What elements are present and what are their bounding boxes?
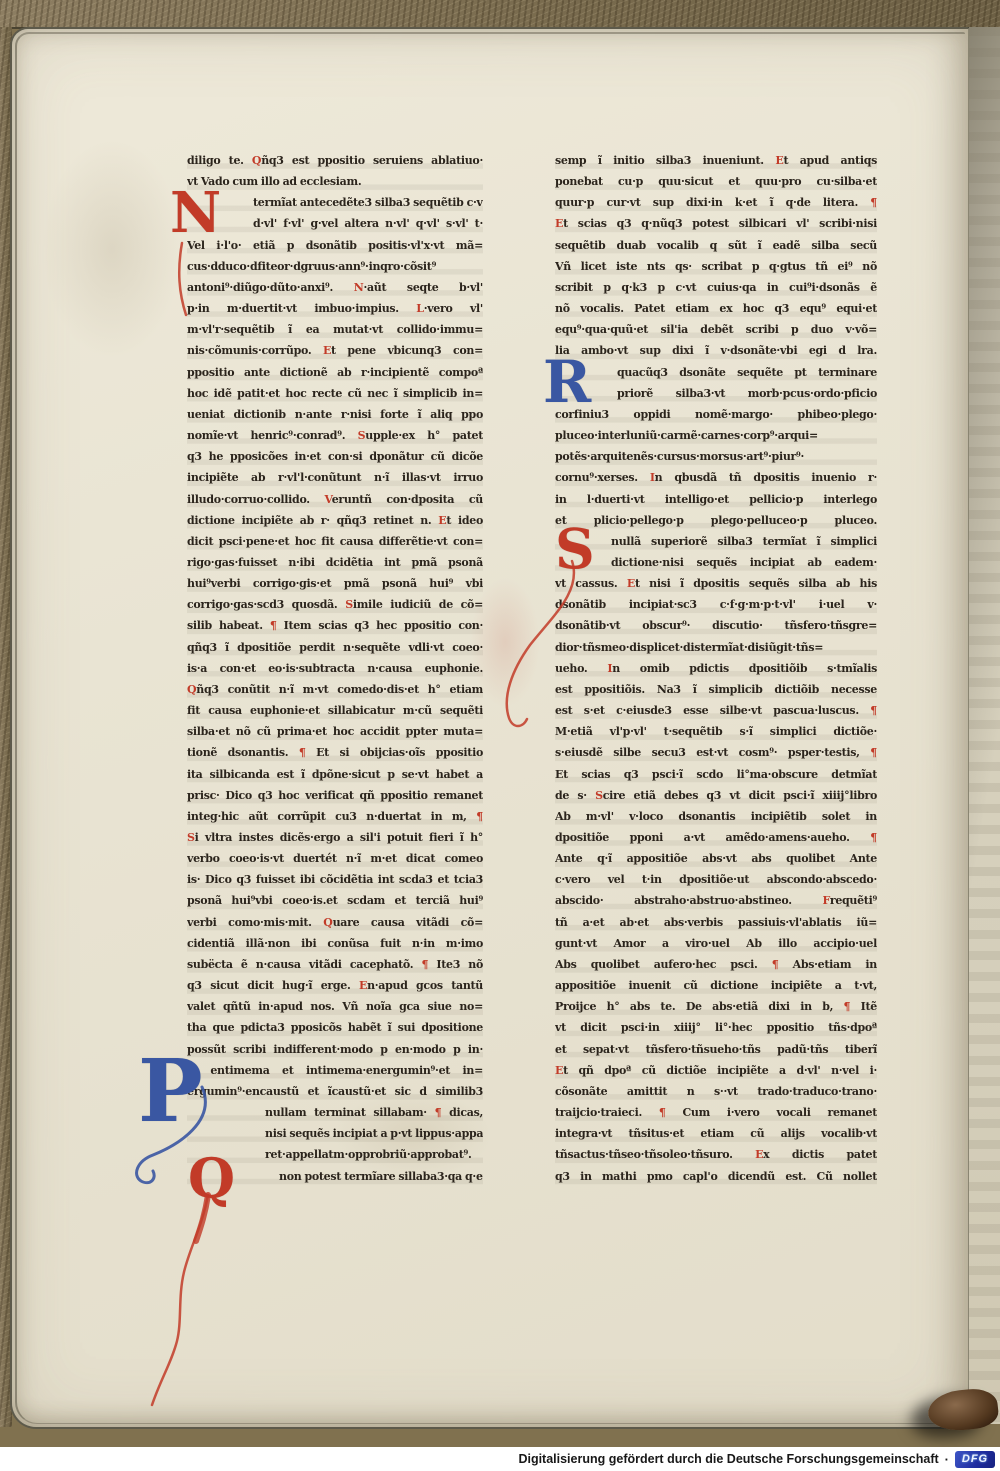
illuminated-initial-n: N bbox=[170, 185, 221, 241]
body-text: tionẽ dsonantis. bbox=[187, 746, 299, 759]
text-line: termĩat antecedẽte3 silba3 sequẽtib c·vl… bbox=[187, 192, 483, 213]
body-text: dictione incipiẽte ab r· qñq3 retinet n. bbox=[187, 514, 438, 527]
body-text: ·aũt seqte b·vl' bbox=[363, 281, 483, 294]
body-text: t qñ dpoª cũ dictiõe incipiẽte a d·vl' n… bbox=[563, 1064, 877, 1077]
body-text: diligo te. bbox=[187, 154, 252, 167]
text-line: corfiniu3 oppidi nomẽ·margo· phibeo·pleg… bbox=[555, 404, 877, 425]
text-line: Et scias q3 q·nũq3 potest silbicari vl' … bbox=[555, 213, 877, 234]
facing-page-edge bbox=[966, 27, 1000, 1424]
text-line: lia ambo·vt sup dixi ĩ v·dsonãte·vbi egi… bbox=[555, 340, 877, 361]
text-line: Vel i·l'o· etiã p dsonãtib positis·vl'x·… bbox=[187, 235, 483, 256]
body-text: t ideo bbox=[446, 514, 483, 527]
text-line: q3 he pposicões in·et con·si dponãtur cũ… bbox=[187, 446, 483, 467]
body-text: t apud antiqs bbox=[783, 154, 877, 167]
body-text: Et si obijcias·oĩs ppositio bbox=[306, 746, 483, 759]
text-line: M·etiã vl'p·vl' t·sequẽtib s·ĩ simplici … bbox=[555, 721, 877, 742]
text-line: c·vero vel t·in dpositiõe·ut abscondo·ab… bbox=[555, 869, 877, 890]
body-text: fit causa euphonie·et sillabicatur m·cũ … bbox=[187, 704, 483, 717]
rubric-text: E bbox=[627, 577, 635, 590]
body-text: Proijce h° abs te. De abs·etiã dixi in b… bbox=[555, 1000, 844, 1013]
body-text: Ite3 nõ bbox=[428, 958, 483, 971]
text-line: q3 sicut dicit hug·ĩ erge. En·apud gcos … bbox=[187, 975, 483, 996]
dfg-logo: DFG bbox=[955, 1451, 995, 1468]
body-text: integ·hic aũt corrũpit cu3 n·duertat in … bbox=[187, 810, 476, 823]
body-text: in l·duerti·vt intelligo·et pellicio·p i… bbox=[555, 493, 877, 506]
text-line: corrigo·gas·scd3 quosdã. Simile iudiciũ … bbox=[187, 594, 483, 615]
text-line: subëcta ẽ n·causa vitãdi cacephatõ. ¶ It… bbox=[187, 954, 483, 975]
rubric-text: ¶ bbox=[299, 746, 306, 759]
text-line: cornu⁹·xerses. In qbusdã tñ dpositis inu… bbox=[555, 467, 877, 488]
text-line: gunt·vt Amor a viro·uel Ab illo accipio·… bbox=[555, 933, 877, 954]
text-line: ergumin⁹·encaustũ et ĩcaustũ·et sic d si… bbox=[187, 1081, 483, 1102]
illuminated-initial-s: S bbox=[555, 521, 595, 576]
body-text: n qbusdã tñ dpositis inuenio r· bbox=[655, 471, 877, 484]
body-text: Item scias q3 hec ppositio con· bbox=[277, 619, 483, 632]
body-text: ergumin⁹·encaustũ et ĩcaustũ·et sic d si… bbox=[187, 1085, 483, 1098]
body-text: Abs·etiam in bbox=[778, 958, 877, 971]
body-text: uare causa vitãdi cõ= bbox=[333, 916, 483, 929]
body-text: ponebat cu·p quu·sicut et quu·pro cu·sil… bbox=[555, 175, 877, 188]
body-text: nõ vocalis. Patet etiam ex hoc q3 equ⁹ e… bbox=[555, 302, 877, 315]
body-text: Vñ licet iste nts qs· scribat p q·gtus t… bbox=[555, 260, 877, 273]
rubric-text: S bbox=[345, 598, 353, 611]
body-text: tñsactus·tñseo·tñsoleo·tñsuro. bbox=[555, 1148, 755, 1161]
text-line: cidentiã illã·non ibi conũsa fuit n·in m… bbox=[187, 933, 483, 954]
rubric-text: ¶ bbox=[476, 810, 483, 823]
text-line: equ⁹·qua·quũ·et sil'ia debẽt scribi p du… bbox=[555, 319, 877, 340]
rubric-text: N bbox=[354, 281, 364, 294]
text-line: ueniat dictionib n·ante r·nisi forte ĩ a… bbox=[187, 404, 483, 425]
body-text: corrigo·gas·scd3 quosdã. bbox=[187, 598, 345, 611]
body-text: de s· bbox=[555, 789, 595, 802]
text-line: fit causa euphonie·et sillabicatur m·cũ … bbox=[187, 700, 483, 721]
text-line: p·in m·duertit·vt imbuo·impius. L·vero v… bbox=[187, 298, 483, 319]
body-text: tha que pdicta3 pposicõs habẽt ĩ sui dpo… bbox=[187, 1021, 483, 1034]
body-text: cidentiã illã·non ibi conũsa fuit n·in m… bbox=[187, 937, 483, 950]
body-text: Vel i·l'o· etiã p dsonãtib positis·vl'x·… bbox=[187, 239, 483, 252]
body-text: d·vl' f·vl' g·vel altera n·vl' q·vl' s·v… bbox=[253, 217, 483, 230]
body-text: ñq3 est ppositio seruiens ablatiuo· bbox=[261, 154, 483, 167]
text-line: hui⁹verbi corrigo·gis·et pmã psonã hui⁹ … bbox=[187, 573, 483, 594]
illuminated-initial-q: Q bbox=[188, 1151, 235, 1205]
text-line: ponebat cu·p quu·sicut et quu·pro cu·sil… bbox=[555, 171, 877, 192]
text-line: psonã hui⁹vbi coeo·is.et scdam et terciã… bbox=[187, 890, 483, 911]
text-line: sequẽtib duab vocalib q sũt ĩ eadẽ silba… bbox=[555, 235, 877, 256]
body-text: quacũq3 dsonãte sequẽte pt terminare bbox=[617, 366, 877, 379]
body-text: nomĩe·vt henric⁹·conrad⁹. bbox=[187, 429, 358, 442]
body-text: scribit p q·k3 p c·vt cuius·qa in cui⁹i·… bbox=[555, 281, 877, 294]
body-text: non potest termĩare sillaba3·qa q·et k· bbox=[279, 1170, 483, 1183]
rubric-text: F bbox=[823, 894, 830, 907]
text-line: quur·p cur·vt sup dixi·in k·et ĩ q·de li… bbox=[555, 192, 877, 213]
text-line: Vñ licet iste nts qs· scribat p q·gtus t… bbox=[555, 256, 877, 277]
body-text: dpositiõe pponi a·vt amẽdo·amens·aueho. bbox=[555, 831, 870, 844]
body-text: nis·cõmunis·corrũpo. bbox=[187, 344, 323, 357]
text-line: est s·et c·eiusde3 esse silbe·vt pascua·… bbox=[555, 700, 877, 721]
body-text: cõsonãte amittit n s··vt trado·traduco·t… bbox=[555, 1085, 877, 1098]
illuminated-initial-r: R bbox=[543, 353, 591, 411]
body-text: antoni⁹·diũgo·dũto·anxi⁹. bbox=[187, 281, 354, 294]
rubric-text: ¶ bbox=[870, 746, 877, 759]
body-text: qñq3 ĩ dpositiõe perdit n·sequẽte vdli·v… bbox=[187, 641, 483, 654]
body-text: Ab m·vl' v·loco dsonantis incipiẽtib sol… bbox=[555, 810, 877, 823]
text-line: nomĩe·vt henric⁹·conrad⁹. Supple·ex h° p… bbox=[187, 425, 483, 446]
text-line: nisi sequẽs incipiat a p·vt lippus·appa= bbox=[187, 1123, 483, 1144]
body-text: t scias q3 q·nũq3 potest silbicari vl' s… bbox=[563, 217, 877, 230]
rubric-text: S bbox=[187, 831, 195, 844]
text-line: integra·vt tñsitus·et etiam cũ alijs voc… bbox=[555, 1123, 877, 1144]
text-line: tionẽ dsonantis. ¶ Et si obijcias·oĩs pp… bbox=[187, 742, 483, 763]
body-text: is· Dico q3 fuisset ibi cõcidẽtia int sc… bbox=[187, 873, 483, 886]
text-line: nullã superiorẽ silba3 termĩat ĩ simplic… bbox=[555, 531, 877, 552]
text-line: et plicio·pellego·p plego·pelluceo·p plu… bbox=[555, 510, 877, 531]
rubric-text: ¶ bbox=[659, 1106, 666, 1119]
text-line: tñsactus·tñseo·tñsoleo·tñsuro. Ex dictis… bbox=[555, 1144, 877, 1165]
manuscript-page: diligo te. Qñq3 est ppositio seruiens ab… bbox=[10, 27, 969, 1429]
text-column-left: diligo te. Qñq3 est ppositio seruiens ab… bbox=[187, 150, 483, 1187]
text-line: de s· Scire etiã debes q3 vt dicit psci·… bbox=[555, 785, 877, 806]
body-text: q3 he pposicões in·et con·si dponãtur cũ… bbox=[187, 450, 483, 463]
text-line: integ·hic aũt corrũpit cu3 n·duertat in … bbox=[187, 806, 483, 827]
body-text: s·eiusdẽ silbe secu3 est·vt cosm⁹· psper… bbox=[555, 746, 870, 759]
caption-separator: · bbox=[945, 1452, 949, 1467]
body-text: t pene vbicunq3 con= bbox=[331, 344, 483, 357]
body-text: hui⁹verbi corrigo·gis·et pmã psonã hui⁹ … bbox=[187, 577, 483, 590]
text-line: priorẽ silba3·vt morb·pcus·ordo·pficio bbox=[555, 383, 877, 404]
text-line: tñ a·et ab·et abs·verbis passiuis·vl'abl… bbox=[555, 912, 877, 933]
body-text: lia ambo·vt sup dixi ĩ v·dsonãte·vbi egi… bbox=[555, 344, 877, 357]
body-text: dsonãtib incipiat·sc3 c·f·g·m·p·t·vl' i·… bbox=[555, 598, 877, 611]
book-scan: diligo te. Qñq3 est ppositio seruiens ab… bbox=[0, 0, 1000, 1471]
body-text: vt entimema et intimema·energumin⁹·et in… bbox=[187, 1064, 483, 1077]
body-text: upple·ex h° patet bbox=[365, 429, 483, 442]
text-line: verbo coeo·is·vt duertét n·ĩ m·et dicat … bbox=[187, 848, 483, 869]
body-text: pluceo·interluniũ·carmẽ·carnes·corp⁹·arq… bbox=[555, 429, 818, 442]
body-text: ueniat dictionib n·ante r·nisi forte ĩ a… bbox=[187, 408, 483, 421]
digitization-caption-bar: Digitalisierung gefördert durch die Deut… bbox=[0, 1447, 1000, 1471]
rubric-text: E bbox=[359, 979, 367, 992]
text-line: cus·dduco·dfiteor·dgruus·ann⁹·inqro·cõsi… bbox=[187, 256, 483, 277]
rubric-text: S bbox=[595, 789, 603, 802]
text-line: incipiẽte ab r·vl'l·conũtunt n·ĩ illas·v… bbox=[187, 467, 483, 488]
text-line: dictione incipiẽte ab r· qñq3 retinet n.… bbox=[187, 510, 483, 531]
text-line: silba·et nõ cũ prima·et hoc accidit ppte… bbox=[187, 721, 483, 742]
body-text: dicas, bbox=[441, 1106, 483, 1119]
text-line: m·vl'r·sequẽtib ĩ ea mutat·vt collido·im… bbox=[187, 319, 483, 340]
rubric-text: V bbox=[324, 493, 331, 506]
body-text: dictione·nisi sequẽs incipiat ab eadem· bbox=[611, 556, 877, 569]
body-text: hoc idẽ patit·et hoc recte cũ nec ĩ simp… bbox=[187, 387, 483, 400]
body-text: subëcta ẽ n·causa vitãdi cacephatõ. bbox=[187, 958, 421, 971]
body-text: Itẽ bbox=[850, 1000, 877, 1013]
body-text: est ppositiõis. Na3 ĩ simplicib dictiõib… bbox=[555, 683, 877, 696]
body-text: n omib pdictis dpositiõib s·tmĩalis bbox=[612, 662, 877, 675]
body-text: dior·tñsmeo·displicet·distermĩat·disiũgi… bbox=[555, 641, 823, 654]
illuminated-initial-p: P bbox=[138, 1049, 203, 1135]
text-line: Ab m·vl' v·loco dsonantis incipiẽtib sol… bbox=[555, 806, 877, 827]
body-text: imile iudiciũ de cõ= bbox=[353, 598, 483, 611]
text-line: quacũq3 dsonãte sequẽte pt terminare bbox=[555, 362, 877, 383]
rubric-text: Q bbox=[252, 154, 261, 167]
text-line: dicit psci·pene·et hoc fit causa differẽ… bbox=[187, 531, 483, 552]
body-text: valet qñtũ in·apud nos. Vñ noĩa gca siue… bbox=[187, 1000, 483, 1013]
text-line: verbi como·mis·mit. Quare causa vitãdi c… bbox=[187, 912, 483, 933]
body-text: semp ĩ initio silba3 inueniunt. bbox=[555, 154, 775, 167]
rubric-text: E bbox=[755, 1148, 763, 1161]
text-line: dior·tñsmeo·displicet·distermĩat·disiũgi… bbox=[555, 637, 877, 658]
body-text: cornu⁹·xerses. bbox=[555, 471, 650, 484]
body-text: x dictis patet bbox=[763, 1148, 877, 1161]
text-line: dictione·nisi sequẽs incipiat ab eadem· bbox=[555, 552, 877, 573]
body-text: equ⁹·qua·quũ·et sil'ia debẽt scribi p du… bbox=[555, 323, 877, 336]
text-line: silib habeat. ¶ Item scias q3 hec pposit… bbox=[187, 615, 483, 636]
body-text: est s·et c·eiusde3 esse silbe·vt pascua·… bbox=[555, 704, 870, 717]
parchment-stain bbox=[42, 139, 182, 359]
body-text: ueho. bbox=[555, 662, 607, 675]
body-text: i vltra instes dicẽs·ergo a sil'i potuit… bbox=[195, 831, 483, 844]
text-line: hoc idẽ patit·et hoc recte cũ nec ĩ simp… bbox=[187, 383, 483, 404]
body-text: Ante q·ĩ appositiõe abs·vt abs quolibet … bbox=[555, 852, 877, 865]
rubric-text: Q bbox=[323, 916, 332, 929]
text-line: vt dicit psci·in xiiij° li°·hec ppositio… bbox=[555, 1017, 877, 1038]
text-line: scribit p q·k3 p c·vt cuius·qa in cui⁹i·… bbox=[555, 277, 877, 298]
body-text: incipiẽte ab r·vl'l·conũtunt n·ĩ illas·v… bbox=[187, 471, 483, 484]
body-text: nullam terminat sillabam· bbox=[265, 1106, 435, 1119]
body-text: q3 in mathi pmo capl'o dicendũ est. Cũ n… bbox=[555, 1170, 877, 1183]
body-text: silib habeat. bbox=[187, 619, 270, 632]
text-line: d·vl' f·vl' g·vel altera n·vl' q·vl' s·v… bbox=[187, 213, 483, 234]
text-line: q3 in mathi pmo capl'o dicendũ est. Cũ n… bbox=[555, 1166, 877, 1187]
rubric-text: Q bbox=[187, 683, 196, 696]
text-line: est ppositiõis. Na3 ĩ simplicib dictiõib… bbox=[555, 679, 877, 700]
text-line: diligo te. Qñq3 est ppositio seruiens ab… bbox=[187, 150, 483, 171]
rubric-text: ¶ bbox=[270, 619, 277, 632]
text-column-right: semp ĩ initio silba3 inueniunt. Et apud … bbox=[555, 150, 877, 1187]
text-line: Et scias q3 psci·ĩ scdo li°ma·obscure de… bbox=[555, 764, 877, 785]
body-text: p·in m·duertit·vt imbuo·impius. bbox=[187, 302, 416, 315]
rubric-text: E bbox=[555, 1064, 563, 1077]
text-line: s·eiusdẽ silbe secu3 est·vt cosm⁹· psper… bbox=[555, 742, 877, 763]
text-line: ueho. In omib pdictis dpositiõib s·tmĩal… bbox=[555, 658, 877, 679]
body-text: cire etiã debes q3 vt dicit psci·ĩ xiiij… bbox=[603, 789, 877, 802]
text-line: nis·cõmunis·corrũpo. Et pene vbicunq3 co… bbox=[187, 340, 483, 361]
body-text: nullã superiorẽ silba3 termĩat ĩ simplic… bbox=[611, 535, 877, 548]
text-line: valet qñtũ in·apud nos. Vñ noĩa gca siue… bbox=[187, 996, 483, 1017]
body-text: M·etiã vl'p·vl' t·sequẽtib s·ĩ simplici … bbox=[555, 725, 877, 738]
body-text: c·vero vel t·in dpositiõe·ut abscondo·ab… bbox=[555, 873, 877, 886]
text-line: appositiõe inuenit cũ dictione incipiẽte… bbox=[555, 975, 877, 996]
text-line: pluceo·interluniũ·carmẽ·carnes·corp⁹·arq… bbox=[555, 425, 877, 446]
text-line: Si vltra instes dicẽs·ergo a sil'i potui… bbox=[187, 827, 483, 848]
body-text: m·vl'r·sequẽtib ĩ ea mutat·vt collido·im… bbox=[187, 323, 483, 336]
body-text: tñ a·et ab·et abs·verbis passiuis·vl'abl… bbox=[555, 916, 877, 929]
body-text: et sepat·vt tñsfero·tñsueho·tñs padũ·tñs… bbox=[555, 1043, 877, 1056]
text-line: Proijce h° abs te. De abs·etiã dixi in b… bbox=[555, 996, 877, 1017]
text-line: et sepat·vt tñsfero·tñsueho·tñs padũ·tñs… bbox=[555, 1039, 877, 1060]
text-line: abscido· abstraho·abstruo·abstineo. Freq… bbox=[555, 890, 877, 911]
body-text: vt dicit psci·in xiiij° li°·hec ppositio… bbox=[555, 1021, 877, 1034]
body-text: prisc· Dico q3 hoc verificat qñ ppositio… bbox=[187, 789, 483, 802]
text-line: dsonãtib·vt obscur⁹· discutio· tñsfero·t… bbox=[555, 615, 877, 636]
text-line: Ante q·ĩ appositiõe abs·vt abs quolibet … bbox=[555, 848, 877, 869]
body-text: verbo coeo·is·vt duertét n·ĩ m·et dicat … bbox=[187, 852, 483, 865]
body-text: Cum i·vero vocali remanet bbox=[666, 1106, 877, 1119]
body-text: Abs quolibet aufero·hec psci. bbox=[555, 958, 772, 971]
body-text: dicit psci·pene·et hoc fit causa differẽ… bbox=[187, 535, 483, 548]
text-line: is·a con·et eo·is·subtracta n·causa euph… bbox=[187, 658, 483, 679]
body-text: et plicio·pellego·p plego·pelluceo·p plu… bbox=[555, 514, 877, 527]
body-text: corfiniu3 oppidi nomẽ·margo· phibeo·pleg… bbox=[555, 408, 877, 421]
text-line: rigo·gas·fuisset n·ibi dcidẽtia int pmã … bbox=[187, 552, 483, 573]
rubric-text: ¶ bbox=[870, 196, 877, 209]
body-text: ·vero vl' bbox=[424, 302, 483, 315]
text-line: Et qñ dpoª cũ dictiõe incipiẽte a d·vl' … bbox=[555, 1060, 877, 1081]
body-text: psonã hui⁹vbi coeo·is.et scdam et terciã… bbox=[187, 894, 483, 907]
text-line: prisc· Dico q3 hoc verificat qñ ppositio… bbox=[187, 785, 483, 806]
body-text: appositiõe inuenit cũ dictione incipiẽte… bbox=[555, 979, 877, 992]
text-line: dsonãtib incipiat·sc3 c·f·g·m·p·t·vl' i·… bbox=[555, 594, 877, 615]
body-text: Et scias q3 psci·ĩ scdo li°ma·obscure de… bbox=[555, 768, 877, 781]
body-text: integra·vt tñsitus·et etiam cũ alijs voc… bbox=[555, 1127, 877, 1140]
body-text: dsonãtib·vt obscur⁹· discutio· tñsfero·t… bbox=[555, 619, 877, 632]
text-line: vt cassus. Et nisi ĩ dpositis sequẽs sil… bbox=[555, 573, 877, 594]
text-line: Abs quolibet aufero·hec psci. ¶ Abs·etia… bbox=[555, 954, 877, 975]
text-line: nõ vocalis. Patet etiam ex hoc q3 equ⁹ e… bbox=[555, 298, 877, 319]
body-text: ita silbicanda est ĩ dpõne·sicut p se·vt… bbox=[187, 768, 483, 781]
body-text: verbi como·mis·mit. bbox=[187, 916, 323, 929]
text-line: ppositio ante dictionẽ ab r·incipientẽ c… bbox=[187, 362, 483, 383]
text-line: semp ĩ initio silba3 inueniunt. Et apud … bbox=[555, 150, 877, 171]
body-text: rigo·gas·fuisset n·ibi dcidẽtia int pmã … bbox=[187, 556, 483, 569]
text-line: traijcio·traieci. ¶ Cum i·vero vocali re… bbox=[555, 1102, 877, 1123]
text-line: qñq3 ĩ dpositiõe perdit n·sequẽte vdli·v… bbox=[187, 637, 483, 658]
text-line: antoni⁹·diũgo·dũto·anxi⁹. N·aũt seqte b·… bbox=[187, 277, 483, 298]
rubric-text: ¶ bbox=[870, 831, 877, 844]
body-text: priorẽ silba3·vt morb·pcus·ordo·pficio bbox=[617, 387, 877, 400]
rubric-text: L bbox=[416, 302, 423, 315]
body-text: t nisi ĩ dpositis sequẽs silba ab his bbox=[635, 577, 877, 590]
body-text: gunt·vt Amor a viro·uel Ab illo accipio·… bbox=[555, 937, 877, 950]
text-line: in l·duerti·vt intelligo·et pellicio·p i… bbox=[555, 489, 877, 510]
body-text: eruntñ con·dposita cũ bbox=[332, 493, 483, 506]
text-line: is· Dico q3 fuisset ibi cõcidẽtia int sc… bbox=[187, 869, 483, 890]
body-text: ret·appellatm·opprobriũ·approbat⁹. bbox=[265, 1148, 472, 1161]
rubric-text: E bbox=[555, 217, 563, 230]
body-text: ppositio ante dictionẽ ab r·incipientẽ c… bbox=[187, 366, 483, 379]
body-text: sequẽtib duab vocalib q sũt ĩ eadẽ silba… bbox=[555, 239, 877, 252]
body-text: abscido· abstraho·abstruo·abstineo. bbox=[555, 894, 823, 907]
body-text: potẽs·arquitenẽs·cursus·morsus·art⁹·piur… bbox=[555, 450, 804, 463]
text-line: vt Vado cum illo ad ecclesiam. bbox=[187, 171, 483, 192]
body-text: possũt scribi indifferent·modo p en·modo… bbox=[187, 1043, 483, 1056]
body-text: requẽti⁹ bbox=[830, 894, 877, 907]
digitization-caption: Digitalisierung gefördert durch die Deut… bbox=[518, 1452, 938, 1466]
book-cover-top-edge bbox=[0, 0, 1000, 29]
body-text: cus·dduco·dfiteor·dgruus·ann⁹·inqro·cõsi… bbox=[187, 260, 436, 273]
rubric-text: ¶ bbox=[870, 704, 877, 717]
body-text: illudo·corruo·collido. bbox=[187, 493, 324, 506]
body-text: silba·et nõ cũ prima·et hoc accidit ppte… bbox=[187, 725, 483, 738]
body-text: n·apud gcos tantũ bbox=[367, 979, 483, 992]
body-text: q3 sicut dicit hug·ĩ erge. bbox=[187, 979, 359, 992]
text-line: ita silbicanda est ĩ dpõne·sicut p se·vt… bbox=[187, 764, 483, 785]
text-line: tha que pdicta3 pposicõs habẽt ĩ sui dpo… bbox=[187, 1017, 483, 1038]
body-text: quur·p cur·vt sup dixi·in k·et ĩ q·de li… bbox=[555, 196, 870, 209]
body-text: traijcio·traieci. bbox=[555, 1106, 659, 1119]
text-line: vt entimema et intimema·energumin⁹·et in… bbox=[187, 1060, 483, 1081]
body-text: nisi sequẽs incipiat a p·vt lippus·appa= bbox=[265, 1127, 483, 1140]
rubric-text: E bbox=[323, 344, 331, 357]
text-line: potẽs·arquitenẽs·cursus·morsus·art⁹·piur… bbox=[555, 446, 877, 467]
body-text: ñq3 conũtit n·ĩ m·vt comedo·dis·et h° et… bbox=[196, 683, 483, 696]
text-line: illudo·corruo·collido. Veruntñ con·dposi… bbox=[187, 489, 483, 510]
body-text: termĩat antecedẽte3 silba3 sequẽtib c·vl… bbox=[253, 196, 483, 209]
text-line: possũt scribi indifferent·modo p en·modo… bbox=[187, 1039, 483, 1060]
body-text: is·a con·et eo·is·subtracta n·causa euph… bbox=[187, 662, 483, 675]
text-line: nullam terminat sillabam· ¶ dicas, bbox=[187, 1102, 483, 1123]
text-line: dpositiõe pponi a·vt amẽdo·amens·aueho. … bbox=[555, 827, 877, 848]
text-line: cõsonãte amittit n s··vt trado·traduco·t… bbox=[555, 1081, 877, 1102]
text-line: Qñq3 conũtit n·ĩ m·vt comedo·dis·et h° e… bbox=[187, 679, 483, 700]
